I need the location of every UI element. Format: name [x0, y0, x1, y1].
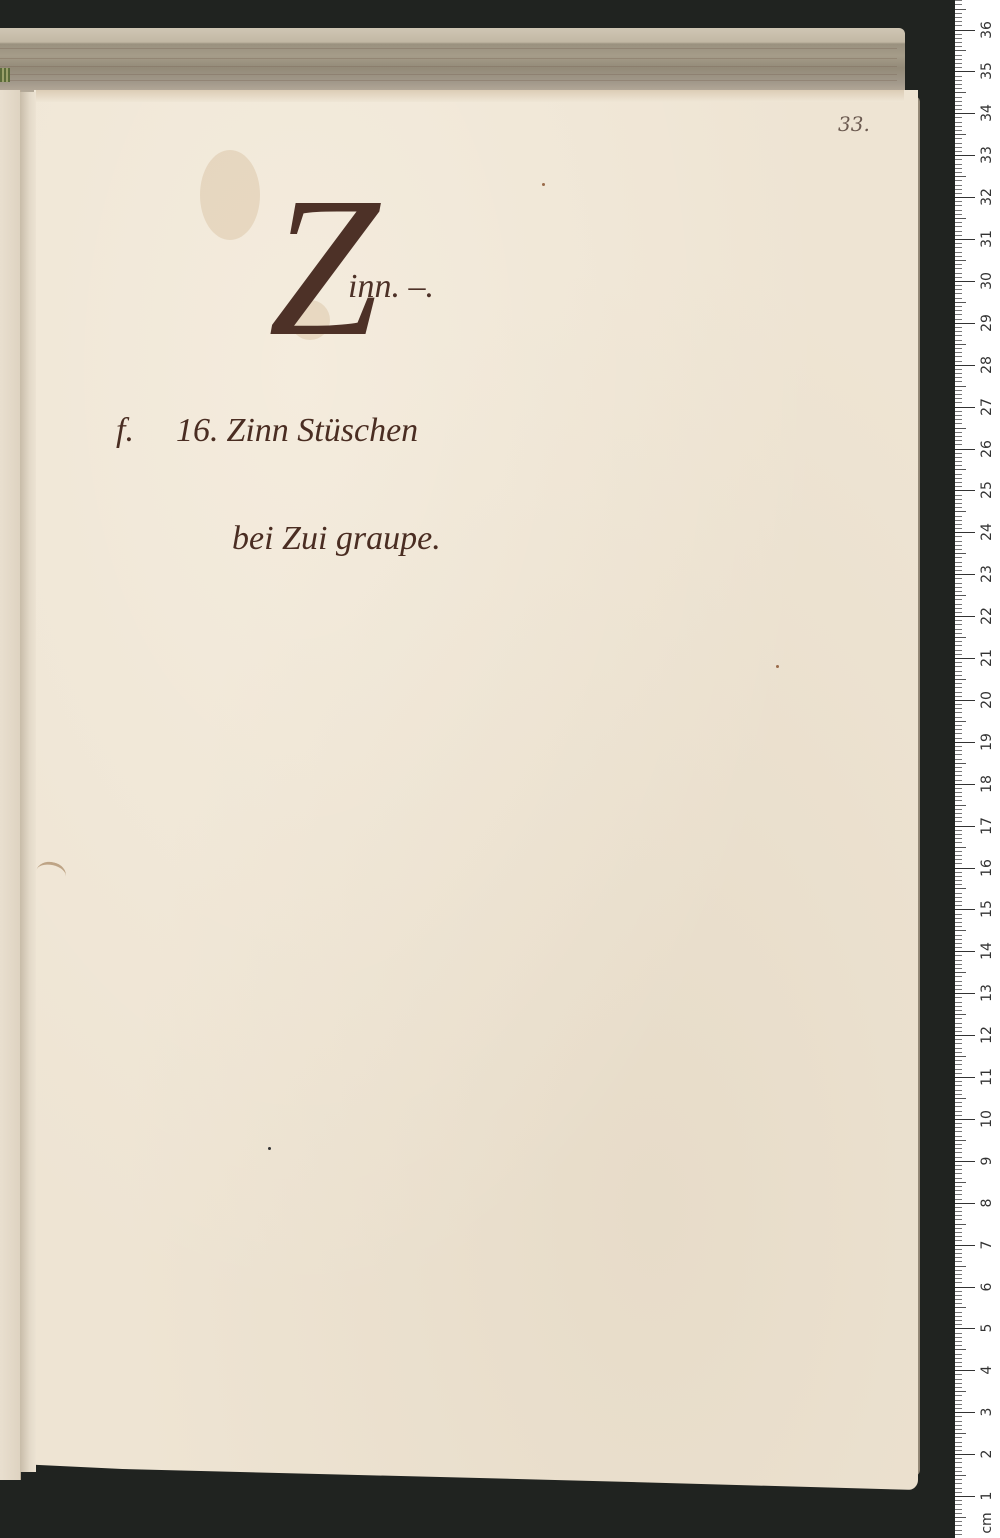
ruler-tick: [955, 570, 962, 571]
ruler-tick: [955, 679, 966, 680]
folio-number: 33.: [838, 112, 870, 136]
ruler-tick: [955, 1433, 966, 1434]
ruler-tick: [955, 461, 962, 462]
ruler-tick: [955, 1245, 975, 1246]
ruler-tick: [955, 868, 975, 869]
ruler-tick: [955, 960, 962, 961]
ruler-tick: [955, 1383, 962, 1384]
ruler-tick: [955, 126, 962, 127]
ruler-tick: [955, 1282, 962, 1283]
ruler-tick: [955, 838, 962, 839]
ruler-tick: [955, 1500, 962, 1501]
ruler-tick: [955, 620, 962, 621]
ruler-tick: [955, 738, 962, 739]
ruler-tick: [955, 599, 962, 600]
ruler-tick: [955, 1349, 966, 1350]
ruler-tick: [955, 1014, 966, 1015]
ruler-label: 5: [979, 1313, 995, 1343]
ruler-tick: [955, 386, 966, 387]
ruler-tick: [955, 117, 962, 118]
ruler-tick: [955, 1328, 975, 1329]
ruler-tick: [955, 1085, 962, 1086]
ruler-tick: [955, 503, 962, 504]
ruler-tick: [955, 71, 975, 72]
entry-marker: f.: [116, 412, 134, 449]
ruler-tick: [955, 943, 962, 944]
ruler-tick: [955, 168, 962, 169]
ruler-tick: [955, 1182, 966, 1183]
ruler-tick: [955, 340, 962, 341]
ruler-label: 4: [979, 1355, 995, 1385]
ruler-tick: [955, 784, 975, 785]
ruler-tick: [955, 63, 962, 64]
ruler-label: 35: [979, 56, 995, 86]
ruler-tick: [955, 361, 962, 362]
ruler-tick: [955, 474, 962, 475]
ruler-tick: [955, 750, 962, 751]
ruler-tick: [955, 1274, 962, 1275]
ruler-tick: [955, 675, 962, 676]
ruler-tick: [955, 1031, 962, 1032]
ruler-tick: [955, 277, 962, 278]
ruler-tick: [955, 893, 962, 894]
ruler-label: 30: [979, 266, 995, 296]
ruler-label: 21: [979, 643, 995, 673]
ruler-tick: [955, 335, 962, 336]
ruler-tick: [955, 880, 962, 881]
ruler-tick: [955, 134, 966, 135]
ruler-tick: [955, 767, 962, 768]
ruler-tick: [955, 222, 962, 223]
recto-page: [34, 90, 918, 1490]
ruler-tick: [955, 1169, 962, 1170]
ruler-tick: [955, 511, 966, 512]
ruler-tick: [955, 976, 962, 977]
ruler-tick: [955, 147, 962, 148]
ruler-tick: [955, 1400, 962, 1401]
ruler-tick: [955, 381, 962, 382]
page-top-fold: [36, 90, 904, 102]
ruler-tick: [955, 193, 962, 194]
ruler-tick: [955, 851, 962, 852]
ruler-tick: [955, 394, 962, 395]
ruler-label: 14: [979, 936, 995, 966]
ruler-tick: [955, 25, 962, 26]
ruler-tick: [955, 536, 962, 537]
ruler-tick: [955, 436, 962, 437]
ruler-label: 2: [979, 1439, 995, 1469]
ruler-tick: [955, 1320, 962, 1321]
ruler-tick: [955, 1521, 962, 1522]
ruler-tick: [955, 1173, 962, 1174]
ruler-tick: [955, 1425, 962, 1426]
ruler-tick: [955, 863, 962, 864]
ruler-tick: [955, 821, 962, 822]
ruler-tick: [955, 482, 962, 483]
ruler-tick: [955, 30, 975, 31]
ruler-tick: [955, 1023, 962, 1024]
ruler-tick: [955, 595, 966, 596]
ruler-tick: [955, 1442, 962, 1443]
ruler-tick: [955, 164, 962, 165]
ruler-tick: [955, 800, 962, 801]
ruler-tick: [955, 826, 975, 827]
ruler-tick: [955, 1525, 962, 1526]
ruler-tick: [955, 185, 962, 186]
ruler-tick: [955, 1391, 966, 1392]
ruler-tick: [955, 759, 962, 760]
ruler-tick: [955, 939, 962, 940]
ruler-tick: [955, 180, 962, 181]
ruler-tick: [955, 1471, 962, 1472]
ruler-tick: [955, 796, 962, 797]
ruler-tick: [955, 830, 962, 831]
entry-text: Zinn Stüschen: [226, 412, 418, 449]
ruler-tick: [955, 1287, 975, 1288]
ruler-tick: [955, 888, 966, 889]
ruler-tick: [955, 1291, 962, 1292]
ruler-tick: [955, 50, 966, 51]
ruler-tick: [955, 369, 962, 370]
ruler-tick: [955, 281, 975, 282]
ruler-tick: [955, 88, 962, 89]
ruler-tick: [955, 1081, 962, 1082]
ruler-tick: [955, 1232, 962, 1233]
ruler-tick: [955, 42, 962, 43]
ruler-tick: [955, 348, 962, 349]
ruler-tick: [955, 469, 966, 470]
ruler-tick: [955, 1337, 962, 1338]
ruler-tick: [955, 637, 966, 638]
ruler-tick: [955, 805, 966, 806]
ruler-tick: [955, 1467, 962, 1468]
ruler-tick: [955, 1253, 962, 1254]
ruler-tick: [955, 1374, 962, 1375]
ruler-tick: [955, 289, 962, 290]
ruler-tick: [955, 947, 962, 948]
entry-line: bei Zui graupe.: [232, 520, 441, 558]
ruler-tick: [955, 226, 962, 227]
ruler-label: 25: [979, 475, 995, 505]
book-page-block-top: [0, 28, 905, 94]
ruler-tick: [955, 633, 962, 634]
ruler-tick: [955, 231, 962, 232]
manuscript-scan: 33. Z inn. –. f.16.Zinn Stüschen bei Zui…: [0, 0, 1000, 1538]
entry-line: f.16.Zinn Stüschen: [116, 412, 418, 450]
ruler-tick: [955, 1483, 962, 1484]
ruler-tick: [955, 604, 962, 605]
ruler-tick: [955, 1492, 962, 1493]
ruler-tick: [955, 344, 966, 345]
ruler-tick: [955, 1270, 962, 1271]
ruler-tick: [955, 1316, 962, 1317]
ruler-tick: [955, 708, 962, 709]
ruler-tick: [955, 1517, 966, 1518]
ruler-label: 28: [979, 350, 995, 380]
ruler-tick: [955, 9, 966, 10]
ruler-tick: [955, 130, 962, 131]
ruler-tick: [955, 692, 962, 693]
ruler-tick: [955, 1219, 962, 1220]
heading-text: inn. –.: [348, 268, 434, 306]
ruler-tick: [955, 268, 962, 269]
ruler-tick: [955, 704, 962, 705]
ruler-tick: [955, 1190, 962, 1191]
ruler-tick: [955, 1127, 962, 1128]
ruler-tick: [955, 1199, 962, 1200]
ruler-tick: [955, 285, 962, 286]
ruler-tick: [955, 901, 962, 902]
ruler-tick: [955, 922, 962, 923]
ruler-tick: [955, 377, 962, 378]
ruler-tick: [955, 1395, 962, 1396]
ruler-tick: [955, 1450, 962, 1451]
ruler-tick: [955, 516, 962, 517]
ruler-tick: [955, 507, 962, 508]
ruler-label: 26: [979, 434, 995, 464]
ruler-tick: [955, 411, 962, 412]
ruler-tick: [955, 1354, 962, 1355]
ruler-tick: [955, 629, 962, 630]
ruler-tick: [955, 67, 962, 68]
ruler-tick: [955, 1333, 962, 1334]
ruler-tick: [955, 624, 962, 625]
ruler-tick: [955, 138, 962, 139]
ruler-tick: [955, 1416, 962, 1417]
ruler-tick: [955, 1362, 962, 1363]
ruler-tick: [955, 1115, 962, 1116]
ruler-tick: [955, 327, 962, 328]
ruler-tick: [955, 935, 962, 936]
ruler-tick: [955, 423, 962, 424]
ruler-tick: [955, 872, 962, 873]
ruler-tick: [955, 1379, 962, 1380]
ruler-tick: [955, 1224, 966, 1225]
ruler-tick: [955, 876, 962, 877]
ruler-tick: [955, 616, 975, 617]
ruler-tick: [955, 0, 962, 1]
ruler-tick: [955, 549, 962, 550]
ruler-tick: [955, 1131, 962, 1132]
ruler-tick: [955, 859, 962, 860]
ruler-tick: [955, 214, 962, 215]
ruler-tick: [955, 143, 962, 144]
ruler-tick: [955, 671, 962, 672]
ruler-tick: [955, 729, 962, 730]
ruler-tick: [955, 1366, 962, 1367]
measurement-ruler: 1234567891011121314151617181920212223242…: [955, 0, 1000, 1538]
ruler-tick: [955, 1509, 962, 1510]
ruler-tick: [955, 1056, 966, 1057]
ruler-tick: [955, 788, 962, 789]
ruler-tick: [955, 243, 962, 244]
ruler-tick: [955, 205, 962, 206]
ruler-tick: [955, 176, 966, 177]
ruler-tick: [955, 1106, 962, 1107]
ruler-tick: [955, 1266, 966, 1267]
ruler-tick: [955, 210, 962, 211]
ruler-tick: [955, 1249, 962, 1250]
ruler-tick: [955, 666, 962, 667]
ruler-tick: [955, 775, 962, 776]
ruler-tick: [955, 964, 962, 965]
ruler-tick: [955, 897, 962, 898]
ruler-tick: [955, 1052, 962, 1053]
ruler-tick: [955, 725, 962, 726]
ruler-tick: [955, 101, 962, 102]
ruler-tick: [955, 1236, 962, 1237]
ruler-label: 16: [979, 853, 995, 883]
ruler-tick: [955, 528, 962, 529]
ruler-tick: [955, 407, 975, 408]
ruler-tick: [955, 771, 962, 772]
ruler-tick: [955, 583, 962, 584]
ruler-tick: [955, 1387, 962, 1388]
ruler-tick: [955, 356, 962, 357]
ruler-tick: [955, 955, 962, 956]
ruler-tick: [955, 59, 962, 60]
ruler-tick: [955, 1048, 962, 1049]
ruler-tick: [955, 1412, 975, 1413]
ruler-tick: [955, 763, 966, 764]
ruler-tick: [955, 520, 962, 521]
ruler-label: 36: [979, 15, 995, 45]
ruler-tick: [955, 817, 962, 818]
ruler-tick: [955, 754, 962, 755]
ruler-tick: [955, 1018, 962, 1019]
ruler-tick: [955, 1186, 962, 1187]
ruler-tick: [955, 1069, 962, 1070]
ruler-tick: [955, 13, 962, 14]
ruler-tick: [955, 1136, 962, 1137]
ruler-tick: [955, 1148, 962, 1149]
paper-stain: [200, 150, 260, 240]
ruler-tick: [955, 654, 962, 655]
ruler-label: 6: [979, 1272, 995, 1302]
ruler-tick: [955, 38, 962, 39]
ruler-tick: [955, 239, 975, 240]
ruler-tick: [955, 1178, 962, 1179]
ruler-tick: [955, 314, 962, 315]
ruler-tick: [955, 34, 962, 35]
ruler-tick: [955, 201, 962, 202]
ruler-label: 17: [979, 811, 995, 841]
ruler-tick: [955, 1152, 962, 1153]
ruler-label: 13: [979, 978, 995, 1008]
ruler-tick: [955, 1207, 962, 1208]
ruler-tick: [955, 151, 962, 152]
ruler-tick: [955, 553, 966, 554]
ruler-tick: [955, 1278, 962, 1279]
ruler-tick: [955, 1098, 966, 1099]
ruler-tick: [955, 1090, 962, 1091]
ruler-tick: [955, 1462, 962, 1463]
ruler-tick: [955, 1039, 962, 1040]
ruler-tick: [955, 197, 975, 198]
bookmark-ribbon: [0, 68, 10, 82]
ruler-tick: [955, 742, 975, 743]
ruler-tick: [955, 419, 962, 420]
ruler-tick: [955, 993, 975, 994]
ruler-tick: [955, 1077, 975, 1078]
ruler-tick: [955, 1488, 962, 1489]
ruler-tick: [955, 733, 962, 734]
ruler-tick: [955, 645, 962, 646]
ruler-tick: [955, 189, 962, 190]
ruler-tick: [955, 1458, 962, 1459]
ruler-tick: [955, 813, 962, 814]
ruler-tick: [955, 687, 962, 688]
ruler-tick: [955, 1211, 962, 1212]
ruler-tick: [955, 855, 962, 856]
ruler-tick: [955, 415, 962, 416]
ruler-tick: [955, 1437, 962, 1438]
ruler-tick: [955, 792, 962, 793]
ruler-tick: [955, 524, 962, 525]
ruler-tick: [955, 608, 962, 609]
ruler-tick: [955, 1094, 962, 1095]
ruler-tick: [955, 562, 962, 563]
ruler-tick: [955, 1534, 962, 1535]
ruler-tick: [955, 1027, 962, 1028]
ruler-tick: [955, 1102, 962, 1103]
ruler-tick: [955, 884, 962, 885]
ruler-tick: [955, 1043, 962, 1044]
ruler-tick: [955, 1303, 962, 1304]
ruler-tick: [955, 398, 962, 399]
ruler-tick: [955, 985, 962, 986]
ruler-label: 18: [979, 769, 995, 799]
ruler-tick: [955, 1496, 975, 1497]
ruler-tick: [955, 847, 966, 848]
ruler-label: 3: [979, 1397, 995, 1427]
ruler-tick: [955, 1358, 962, 1359]
ink-speck: [542, 183, 545, 186]
ruler-tick: [955, 1261, 962, 1262]
ruler-tick: [955, 1513, 962, 1514]
ruler-tick: [955, 1006, 962, 1007]
left-page-edge: [0, 90, 21, 1480]
ruler-tick: [955, 1408, 962, 1409]
ruler-tick: [955, 1312, 962, 1313]
ruler-tick: [955, 566, 962, 567]
ruler-tick: [955, 809, 962, 810]
ruler-tick: [955, 532, 975, 533]
ruler-tick: [955, 432, 962, 433]
ruler-tick: [955, 721, 966, 722]
ruler-tick: [955, 926, 962, 927]
ruler-tick: [955, 495, 962, 496]
ruler-tick: [955, 1475, 966, 1476]
ruler-tick: [955, 390, 962, 391]
ruler-label: 12: [979, 1020, 995, 1050]
ruler-tick: [955, 780, 962, 781]
ruler-tick: [955, 293, 962, 294]
ruler-tick: [955, 490, 975, 491]
ruler-label: 31: [979, 224, 995, 254]
ruler-tick: [955, 587, 962, 588]
ruler-tick: [955, 972, 966, 973]
ruler-tick: [955, 1203, 975, 1204]
ruler-tick: [955, 1307, 966, 1308]
ruler-label: 1: [979, 1481, 995, 1511]
ruler-tick: [955, 968, 962, 969]
ruler-tick: [955, 981, 962, 982]
ruler-tick: [955, 264, 962, 265]
ruler-tick: [955, 700, 975, 701]
ruler-tick: [955, 1479, 962, 1480]
ruler-tick: [955, 1064, 962, 1065]
